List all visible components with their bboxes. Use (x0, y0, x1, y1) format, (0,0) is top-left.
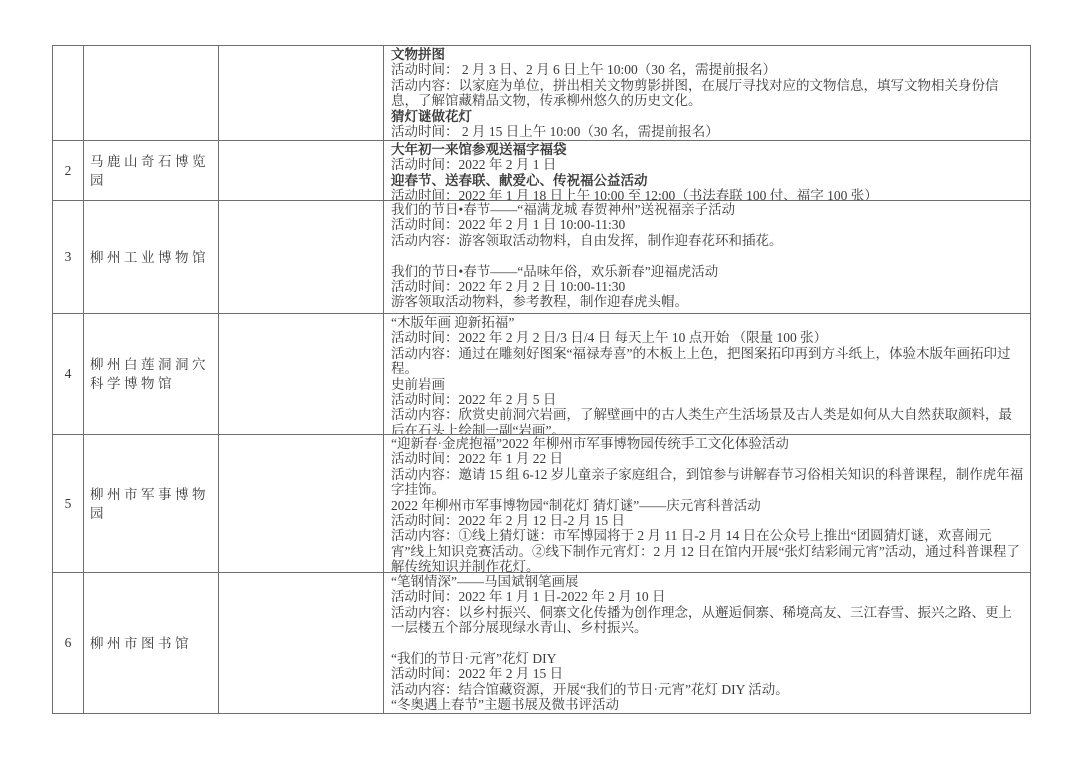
activity-title: 猜灯谜做花灯 (391, 109, 1024, 124)
row-number-cell: 3 (53, 201, 84, 314)
activity-title: “我们的节日·元宵”花灯 DIY (391, 651, 1024, 666)
museum-name: 柳州白莲洞洞穴科学博物馆 (90, 355, 212, 393)
activity-line: 活动内容：通过在雕刻好图案“福禄寿喜”的木板上上色，把图案拓印再到方斗纸上，体验… (391, 346, 1024, 377)
activity-line: 活动内容：结合馆藏资源，开展“我们的节日·元宵”花灯 DIY 活动。 (391, 682, 1024, 697)
activity-title: “迎新春·金虎抱福”2022 年柳州市军事博物园传统手工文化体验活动 (391, 436, 1024, 451)
activity-line: 活动时间：2022 年 2 月 5 日 (391, 392, 1024, 407)
row-number: 4 (65, 366, 72, 382)
museum-name-cell: 柳州市图书馆 (84, 573, 219, 713)
museum-name-cell: 柳州市军事博物园 (84, 435, 219, 573)
activity-line: 活动内容：以乡村振兴、侗寨文化传播为创作理念，从邂逅侗寨、稀境高友、三江春雪、振… (391, 605, 1024, 636)
activities-cell: 我们的节日•春节——“福满龙城 春贺神州”送祝福亲子活动 活动时间：2022 年… (384, 201, 1030, 314)
activity-title: 2022 年柳州市军事博物园“制花灯 猜灯谜”——庆元宵科普活动 (391, 498, 1024, 513)
activity-line: 活动时间： 2 月 3 日、2 月 6 日上午 10:00（30 名，需提前报名… (391, 62, 1024, 77)
activity-line: 活动时间：2022 年 2 月 2 日/3 日/4 日 每天上午 10 点开始 … (391, 330, 1024, 345)
museum-name-cell (84, 46, 219, 141)
empty-cell (219, 314, 384, 435)
activity-line: 活动时间：2022 年 2 月 1 日 (391, 157, 1024, 172)
activity-line: 活动时间：2022 年 2 月 1 日 10:00-11:30 (391, 217, 1024, 232)
museum-name: 柳州市军事博物园 (90, 485, 212, 523)
activity-line: 活动内容：欣赏史前洞穴岩画，了解壁画中的古人类生产生活场景及古人类是如何从大自然… (391, 407, 1024, 435)
activity-line: 活动内容：邀请 15 组 6-12 岁儿童亲子家庭组合，到馆参与讲解春节习俗相关… (391, 467, 1024, 498)
activity-line: 活动内容：①线上猜灯谜：市军博园将于 2 月 11 日-2 月 14 日在公众号… (391, 528, 1024, 573)
spacer-line (391, 248, 1024, 263)
empty-cell (219, 435, 384, 573)
activity-line: 活动时间：2022 年 1 月 22 日 (391, 451, 1024, 466)
activity-title: 迎春节、送春联、献爱心、传祝福公益活动 (391, 173, 1024, 188)
activity-title: 史前岩画 (391, 377, 1024, 392)
row-number-cell: 5 (53, 435, 84, 573)
activity-title: “木版年画 迎新拓福” (391, 315, 1024, 330)
activity-title: “冬奥遇上春节”主题书展及微书评活动 (391, 697, 1024, 712)
activity-line: 活动时间：2022 年 1 月 1 日-2022 年 2 月 10 日 (391, 589, 1024, 604)
empty-cell (219, 46, 384, 141)
activities-cell: “笔钢情深”——马国斌钢笔画展 活动时间：2022 年 1 月 1 日-2022… (384, 573, 1030, 713)
activity-line: 活动时间：2022 年 2 月 12 日-2 月 15 日 (391, 513, 1024, 528)
activity-line: 活动时间：2022 年 1 月 18 日上午 10:00 至 12:00（书法春… (391, 188, 1024, 201)
museum-name: 马鹿山奇石博览园 (90, 152, 212, 190)
activity-line: 活动内容：游客领取活动物料，自由发挥，制作迎春花环和插花。 (391, 233, 1024, 248)
activity-line: 活动时间：2022 年 2 月 15 日 (391, 666, 1024, 681)
activity-line: 活动时间：2022 年 2 月 2 日 10:00-11:30 (391, 279, 1024, 294)
row-number: 5 (65, 496, 72, 512)
activity-title: 我们的节日•春节——“福满龙城 春贺神州”送祝福亲子活动 (391, 202, 1024, 217)
row-number-cell: 6 (53, 573, 84, 713)
museum-name-cell: 柳州工业博物馆 (84, 201, 219, 314)
activity-line: 活动内容：以家庭为单位，拼出相关文物剪影拼图，在展厅寻找对应的文物信息，填写文物… (391, 78, 1024, 109)
museum-name-cell: 柳州白莲洞洞穴科学博物馆 (84, 314, 219, 435)
activity-title: 大年初一来馆参观送福字福袋 (391, 142, 1024, 157)
activities-cell: “迎新春·金虎抱福”2022 年柳州市军事博物园传统手工文化体验活动 活动时间：… (384, 435, 1030, 573)
museum-name: 柳州工业博物馆 (90, 248, 209, 267)
empty-cell (219, 573, 384, 713)
spacer-line (391, 636, 1024, 651)
activities-cell: “木版年画 迎新拓福” 活动时间：2022 年 2 月 2 日/3 日/4 日 … (384, 314, 1030, 435)
row-number: 3 (65, 249, 72, 265)
activities-table: 文物拼图 活动时间： 2 月 3 日、2 月 6 日上午 10:00（30 名，… (52, 45, 1031, 714)
activity-title: “笔钢情深”——马国斌钢笔画展 (391, 574, 1024, 589)
activities-cell: 大年初一来馆参观送福字福袋 活动时间：2022 年 2 月 1 日 迎春节、送春… (384, 141, 1030, 201)
row-number-cell: 2 (53, 141, 84, 201)
activity-title: 我们的节日•春节——“品味年俗，欢乐新春”迎福虎活动 (391, 264, 1024, 279)
activity-line: 游客领取活动物料，参考教程，制作迎春虎头帽。 (391, 294, 1024, 309)
row-number-cell (53, 46, 84, 141)
museum-name-cell: 马鹿山奇石博览园 (84, 141, 219, 201)
museum-name: 柳州市图书馆 (90, 634, 192, 653)
empty-cell (219, 201, 384, 314)
activities-cell: 文物拼图 活动时间： 2 月 3 日、2 月 6 日上午 10:00（30 名，… (384, 46, 1030, 141)
activity-title: 文物拼图 (391, 47, 1024, 62)
row-number-cell: 4 (53, 314, 84, 435)
activity-line: 活动时间： 2 月 15 日上午 10:00（30 名，需提前报名） (391, 124, 1024, 139)
row-number: 2 (65, 163, 72, 179)
row-number: 6 (65, 635, 72, 651)
empty-cell (219, 141, 384, 201)
document-page: { "page": { "background": "#ffffff", "te… (0, 0, 1080, 763)
